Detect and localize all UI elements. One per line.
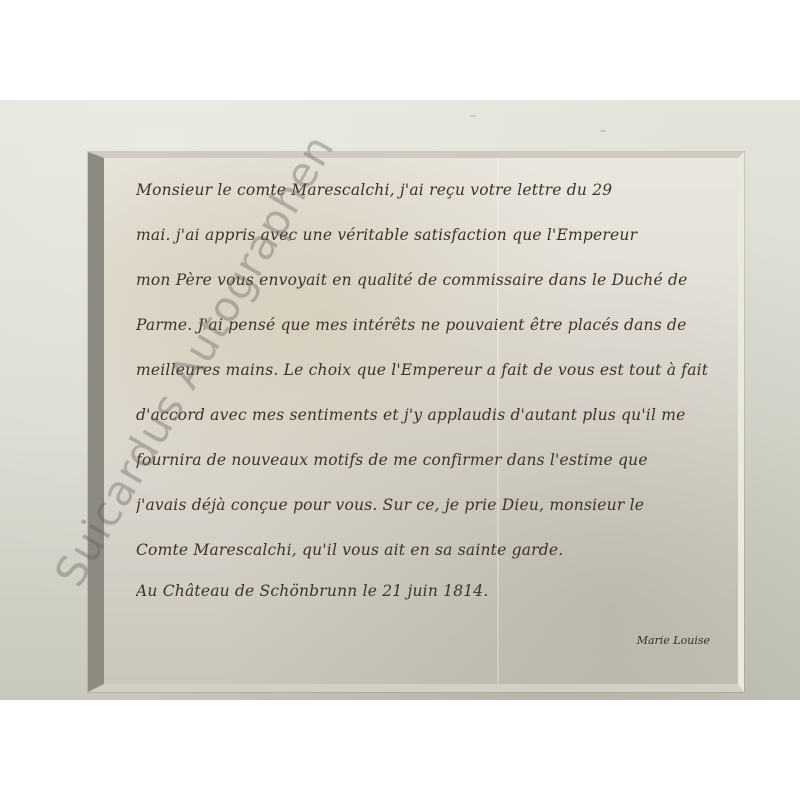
mat-window: Monsieur le comte Marescalchi, j'ai reçu… — [88, 152, 744, 692]
signature: Marie Louise — [637, 634, 710, 647]
letter-body: Monsieur le comte Marescalchi, j'ai reçu… — [136, 168, 736, 614]
mat-blemish — [470, 115, 476, 117]
letter-line: mon Père vous envoyait en qualité de com… — [136, 258, 736, 303]
letter-line: Comte Marescalchi, qu'il vous ait en sa … — [136, 528, 736, 573]
letter-line: Monsieur le comte Marescalchi, j'ai reçu… — [136, 168, 736, 213]
letter-dateline: Au Château de Schönbrunn le 21 juin 1814… — [136, 569, 736, 614]
letter-line: meilleures mains. Le choix que l'Empereu… — [136, 348, 736, 393]
letter-line: Parme. J'ai pensé que mes intérêts ne po… — [136, 303, 736, 348]
letter-paper: Monsieur le comte Marescalchi, j'ai reçu… — [104, 158, 738, 684]
mat-blemish — [600, 130, 606, 132]
letter-line: d'accord avec mes sentiments et j'y appl… — [136, 393, 736, 438]
letter-line: j'avais déjà conçue pour vous. Sur ce, j… — [136, 483, 736, 528]
letter-line: mai. j'ai appris avec une véritable sati… — [136, 213, 736, 258]
framed-letter-photo: Monsieur le comte Marescalchi, j'ai reçu… — [0, 100, 800, 700]
letter-line: fournira de nouveaux motifs de me confir… — [136, 438, 736, 483]
